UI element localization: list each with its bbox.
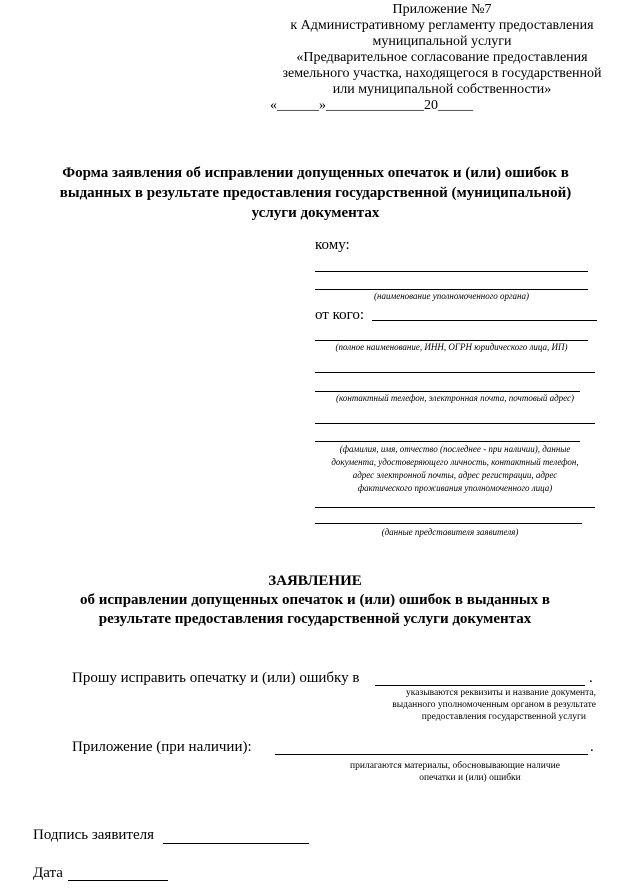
date-label: Дата: [33, 864, 63, 882]
to-caption: (наименование уполномоченного органа): [315, 290, 588, 303]
attachment-field[interactable]: [275, 754, 588, 755]
contact-field-line-1[interactable]: [315, 372, 595, 373]
request-period: .: [589, 669, 593, 687]
from-field-line-1[interactable]: [372, 320, 597, 321]
representative-field-line-2[interactable]: [315, 523, 582, 524]
statement-subtitle-line: результате предоставления государственно…: [40, 610, 590, 629]
appendix-reference-line: муниципальной услуги: [262, 34, 622, 50]
attachment-period: .: [590, 738, 594, 756]
request-note-line: указываются реквизиты и название докумен…: [300, 687, 596, 699]
to-label: кому:: [315, 236, 350, 254]
request-note-line: выданного уполномоченным органом в резул…: [300, 699, 596, 711]
appendix-reference-line: или муниципальной собственности»: [262, 82, 622, 98]
request-document-field[interactable]: [375, 685, 585, 686]
attachment-note: прилагаются материалы, обосновывающие на…: [300, 760, 590, 784]
person-field-line-2[interactable]: [315, 441, 580, 442]
attachment-label: Приложение (при наличии):: [72, 738, 252, 756]
request-text: Прошу исправить опечатку и (или) ошибку …: [72, 669, 359, 687]
signature-field[interactable]: [163, 843, 309, 844]
person-caption-line: документа, удостоверяющего личность, кон…: [312, 456, 598, 469]
form-title-line: Форма заявления об исправлении допущенны…: [28, 163, 603, 183]
person-caption-line: (фамилия, имя, отчество (последнее - при…: [312, 443, 598, 456]
statement-subtitle-line: об исправлении допущенных опечаток и (ил…: [40, 591, 590, 610]
appendix-reference-line: «Предварительное согласование предоставл…: [262, 50, 622, 66]
appendix-header: Приложение №7 к Административному реглам…: [262, 2, 622, 98]
request-note: указываются реквизиты и название докумен…: [300, 687, 596, 723]
person-caption: (фамилия, имя, отчество (последнее - при…: [312, 443, 598, 495]
to-field-line-1[interactable]: [315, 271, 588, 272]
appendix-number: Приложение №7: [262, 2, 622, 18]
from-label: от кого:: [315, 306, 364, 324]
statement-title-block: ЗАЯВЛЕНИЕ об исправлении допущенных опеч…: [40, 572, 590, 629]
representative-field-line-1[interactable]: [315, 507, 595, 508]
statement-title: ЗАЯВЛЕНИЕ: [40, 572, 590, 591]
form-title: Форма заявления об исправлении допущенны…: [28, 163, 603, 223]
attachment-note-line: прилагаются материалы, обосновывающие на…: [300, 760, 590, 772]
form-title-line: услуги документах: [28, 203, 603, 223]
signature-label: Подпись заявителя: [33, 826, 154, 844]
appendix-reference-line: к Административному регламенту предостав…: [262, 18, 622, 34]
person-caption-line: фактического проживания уполномоченного …: [312, 482, 598, 495]
representative-caption: (данные представителя заявителя): [315, 526, 585, 539]
person-field-line-1[interactable]: [315, 423, 595, 424]
from-caption-org: (полное наименование, ИНН, ОГРН юридичес…: [315, 341, 588, 354]
attachment-note-line: опечатки и (или) ошибки: [300, 772, 590, 784]
request-note-line: предоставления государственной услуги: [300, 711, 596, 723]
form-title-line: выданных в результате предоставления гос…: [28, 183, 603, 203]
person-caption-line: адрес электронной почты, адрес регистрац…: [312, 469, 598, 482]
appendix-reference-line: земельного участка, находящегося в госуд…: [262, 66, 622, 82]
contact-caption: (контактный телефон, электронная почта, …: [315, 392, 595, 405]
header-date-field[interactable]: «______»______________20_____: [270, 98, 473, 114]
date-field[interactable]: [68, 880, 168, 881]
